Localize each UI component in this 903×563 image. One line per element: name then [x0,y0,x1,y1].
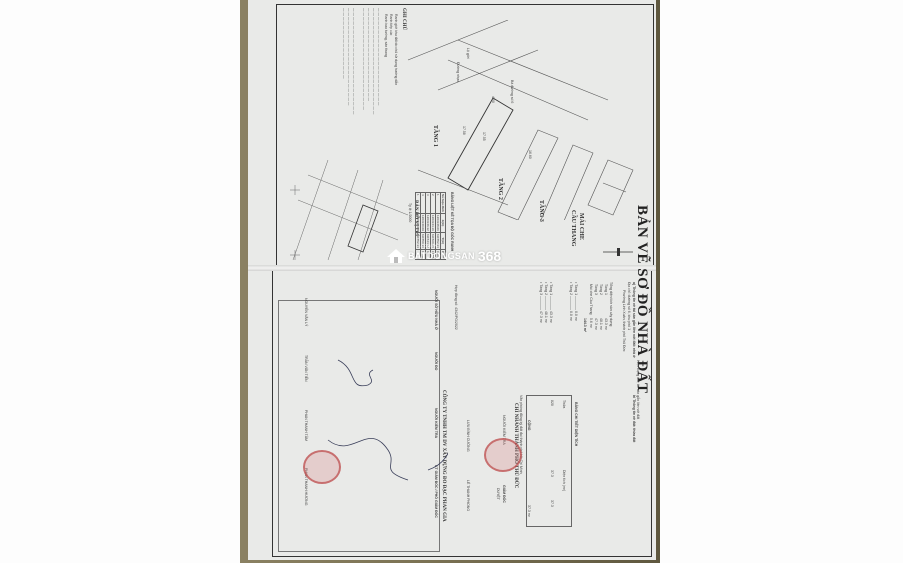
area-total: 144.3 m² [583,318,587,332]
coord-cell: 1203348.06 [416,214,421,233]
land-area-table-title: BẢNG CHI TIẾT DIỆN TÍCH [574,402,578,446]
area-list-dash-2: • Tầng 2 ———— 0.0 m² [569,282,573,321]
notes-legend-2: Ranh tiếp xúc [389,14,393,35]
land-header-parcel: Thửa [562,400,566,408]
road-label-3: Bà đường số 6 [510,80,514,103]
land-row-area: 37.3 [550,470,554,477]
coord-cell: 1203340.09 [421,214,426,233]
land-row-private: 37.3 [550,500,554,507]
area-roof-name: Mái che Cầu Thang [589,284,593,314]
notes-text-5: — — — — — — — — — — — — — — — — — — — — … [352,8,356,114]
coord-header-x: X(m) [441,214,446,233]
paper-sheet: BẢN VẼ SƠ ĐỒ NHÀ ĐẤT Hiện trạng đất, tài… [248,0,656,560]
authority-director-name: LÊ THANH PHONG [466,480,470,511]
notes-text-7: — — — — — — — — — — — — — — — — [342,8,346,79]
watermark-domain: .COM.VN [420,243,437,248]
dim-1: 4.00 [491,96,495,103]
land-row-parcel: 820 [550,400,554,406]
dim-5: 17.58 [462,126,466,135]
land-total-label: CỘNG [527,420,531,431]
coord-header-point: Số hiệu đỉnh [441,193,446,214]
area-list-dash-1: • Tầng 1 ———— 0.0 m² [574,282,578,321]
land-header-area: Diện tích (m²) [562,470,566,491]
notes-text-4: — — — — — — — — — — — — — — — — — — — — … [362,8,366,110]
floor-label-2: TẦNG 2 [497,178,503,200]
area-floor-3-value: 47.3 m² [594,318,598,330]
notes-text-1: — — — — — — — — — — — — — — — — — — — — … [377,8,381,105]
signer-role-1: NGƯỜI SỞ HỮU NHÀ Ở [434,290,438,330]
area-floor-2-value: 48.1 m² [599,318,603,330]
notes-text-3: — — — — — — — — — — — — — — — — — — — — … [367,8,371,101]
land-area-table [526,395,572,527]
area-floor-2-name: Tầng 2 [599,284,603,295]
coord-cell: 1203346.32 [426,214,431,233]
notes-text-2: — — — — — — — — — — — — — — — — — — — — … [372,8,376,114]
document-photo: BẢN VẼ SƠ ĐỒ NHÀ ĐẤT Hiện trạng đất, tài… [240,0,660,563]
coord-cell: 1 [416,193,421,214]
authority-director-role: GIÁM ĐỐC [502,485,506,503]
land-total-value: 37.3 m² [527,505,531,517]
authority-reviewer-name: LƯU BÌNH CƯỜNG [466,420,470,452]
info-ward: Phường Linh Xuân, thành phố Thủ Đức [622,290,626,352]
watermark-brand: BATDONGSAN [408,251,475,261]
floor-label-3: TẦNG 3 [538,200,544,222]
road-label-2: Đường nhựa [456,62,460,82]
area-list-dash-5: • Tầng 3 ———— 47.3 m² [539,282,543,323]
area-list-dash-4: • Tầng 2 ———— 48.1 m² [544,282,548,323]
coord-cell: 1203344.16 [431,214,436,233]
floor-plan-drawing [398,20,638,220]
coord-cell: 4 [421,193,426,214]
company-contract: Hợp đồng số: 4342/PG/2022 [454,285,458,330]
road-label-1: Lộ giới [466,48,470,59]
roof-label-1: MÁI CHE [578,213,584,240]
area-floor-1-name: Tầng 1 [604,284,608,295]
floor-label-1: TẦNG 1 [432,125,438,147]
coord-cell: 2 [431,193,436,214]
info-item-a: a) Thông tin về tài sản gắn liền với đất… [632,282,636,358]
north-arrow-icon [603,245,633,259]
document-subtitle: Hiện trạng đất, tài sản gắn liền với đất [636,360,640,419]
notes-legend-3: Ranh bao tường, sàn thang [384,14,388,57]
areas-total-label: Tổng diện tích sàn xây dựng [609,282,613,326]
official-stamp [484,438,522,472]
coord-header-y: Y(m) [441,232,446,249]
coordinate-table-title: BẢNG LIỆT KÊ TỌA ĐỘ GÓC RANH [450,192,454,251]
area-list-dash-3: • Tầng 1 ———— 43.3 m² [549,282,553,323]
authority-approved: DUYỆT [496,488,500,500]
area-floor-1-value: 43.3 m² [604,318,608,330]
watermark-number: 368 [478,248,501,264]
signer-name-1: NGUYỄN VĂN LÝ [304,298,308,326]
area-roof-value: 5.6 m² [589,318,593,328]
watermark: BATDONGSAN 368 [387,248,501,264]
info-address: Địa chỉ: đường số 6, khu phố 1 [627,282,631,330]
signatures [308,330,448,545]
roof-label-2: CẦU THANG [570,210,576,246]
area-floor-3-name: Tầng 3 [594,284,598,295]
house-logo-icon [387,249,405,263]
coord-cell: 1 [436,193,441,214]
company-stamp [303,450,341,484]
coord-cell: 3 [426,193,431,214]
coord-cell: 1203348.06 [436,214,441,233]
location-map-scale: Tỷ lệ 1/2000 [408,203,412,222]
dim-4: 17.55 [482,132,486,141]
dim-6: 16.60 [528,150,532,159]
land-info-heading: b/ Thông tin về đất: thửa đất [632,395,636,442]
notes-text-6: — — — — — — — — — — — — — — — — — — — — … [347,8,351,105]
